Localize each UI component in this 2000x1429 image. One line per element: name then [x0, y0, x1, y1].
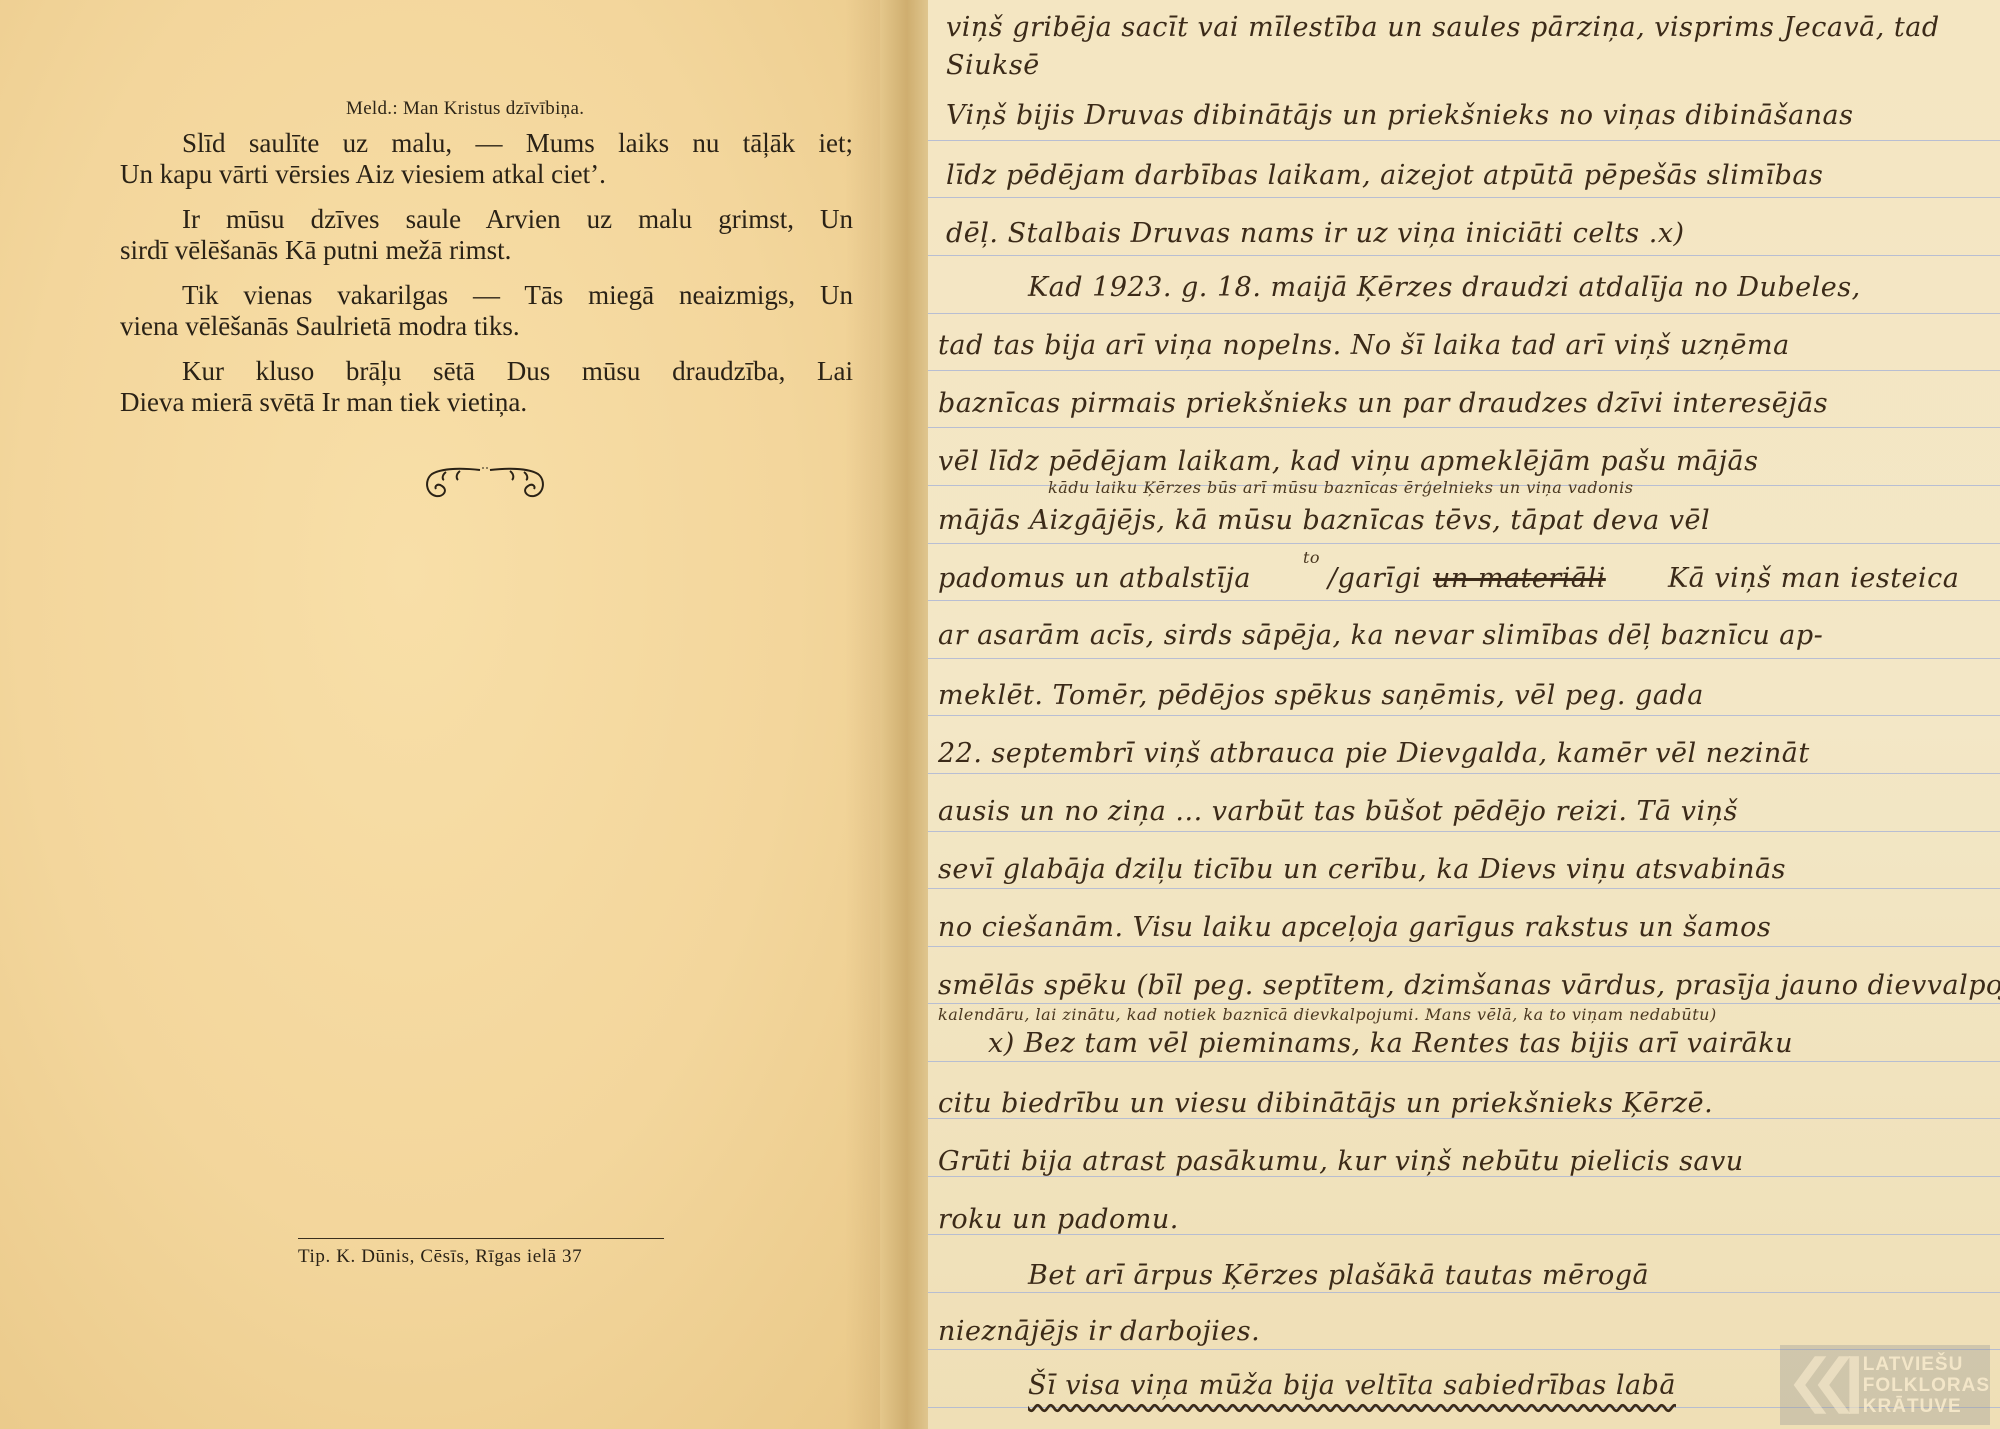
poem-line: Kur kluso brāļu sētā Dus mūsu draudzība,… — [120, 356, 853, 387]
handwritten-line: sevī glabāja dziļu ticību un cerību, ka … — [938, 854, 1786, 885]
hymn-poem: Slīd saulīte uz malu, — Mums laiks nu tā… — [120, 128, 853, 432]
ruled-line — [928, 255, 2000, 256]
handwritten-line: nieznājējs ir darbojies. — [938, 1316, 1260, 1347]
poem-line: sirdī vēlēšanās Kā putni mežā rimst. — [120, 235, 853, 266]
ruled-line — [928, 600, 2000, 601]
ruled-line — [928, 831, 2000, 832]
handwritten-line: Kad 1923. g. 18. maijā Ķērzes draudzi at… — [1028, 272, 1861, 303]
handwritten-line: Siuksē — [946, 50, 1040, 81]
handwritten-line: meklēt. Tomēr, pēdējos spēkus saņēmis, v… — [938, 680, 1704, 711]
ruled-line — [928, 1292, 2000, 1293]
stanza-2: Ir mūsu dzīves saule Arvien uz malu grim… — [120, 204, 853, 266]
ruled-line — [928, 1003, 2000, 1004]
poem-line: Un kapu vārti vērsies Aiz viesiem atkal … — [120, 159, 853, 190]
poem-line: Slīd saulīte uz malu, — Mums laiks nu tā… — [120, 128, 853, 159]
handwritten-line: smēlās spēku (bīl peg. septītem, dzimšan… — [938, 970, 2000, 1001]
poem-line: viena vēlēšanās Saulrietā modra tiks. — [120, 311, 853, 342]
ruled-line — [928, 313, 2000, 314]
handwritten-line: Grūti bija atrast pasākumu, kur viņš neb… — [938, 1146, 1744, 1177]
melody-line: Meld.: Man Kristus dzīvībiņa. — [346, 98, 584, 120]
printed-page: Meld.: Man Kristus dzīvībiņa. Slīd saulī… — [0, 0, 905, 1429]
book-spread: Meld.: Man Kristus dzīvībiņa. Slīd saulī… — [0, 0, 2000, 1429]
handwritten-line: ausis un no ziņa ... varbūt tas būšot pē… — [938, 796, 1738, 827]
handwritten-line: Kā viņš man iesteica — [1668, 563, 1959, 594]
ruled-line — [928, 197, 2000, 198]
ruled-line — [928, 946, 2000, 947]
handwritten-line: baznīcas pirmais priekšnieks un par drau… — [938, 388, 1828, 419]
handwritten-line: un materiāli — [1433, 563, 1606, 594]
stanza-1: Slīd saulīte uz malu, — Mums laiks nu tā… — [120, 128, 853, 190]
handwritten-line: no ciešanām. Visu laiku apceļoja garīgus… — [938, 912, 1771, 943]
ruled-line — [928, 370, 2000, 371]
ruled-line — [928, 658, 2000, 659]
watermark-text: LATVIEŠU FOLKLORAS KRĀTUVE — [1863, 1354, 1990, 1417]
handwritten-line: padomus un atbalstīja — [938, 563, 1251, 594]
handwritten-line: vēl līdz pēdējam laikam, kad viņu apmekl… — [938, 446, 1758, 477]
stanza-4: Kur kluso brāļu sētā Dus mūsu draudzība,… — [120, 356, 853, 418]
ruled-line — [928, 888, 2000, 889]
ruled-line — [928, 715, 2000, 716]
fleuron-ornament-icon — [422, 466, 548, 500]
handwritten-line: Šī visa viņa mūža bija veltīta sabiedrīb… — [1028, 1370, 1676, 1401]
imprint-divider — [298, 1238, 664, 1239]
handwritten-line: viņš gribēja sacīt vai mīlestība un saul… — [946, 12, 1940, 43]
handwritten-line: /garīgi — [1328, 563, 1421, 594]
poem-line: Dieva mierā svētā Ir man tiek vietiņa. — [120, 387, 853, 418]
handwritten-line: 22. septembrī viņš atbrauca pie Dievgald… — [938, 738, 1810, 769]
handwritten-line: dēļ. Stalbais Druvas nams ir uz viņa ini… — [946, 218, 1685, 249]
handwritten-notebook-page: viņš gribēja sacīt vai mīlestība un saul… — [928, 0, 2000, 1429]
handwritten-line: tad tas bija arī viņa nopelns. No šī lai… — [938, 330, 1790, 361]
archive-watermark: LATVIEŠU FOLKLORAS KRĀTUVE — [1780, 1345, 1990, 1425]
stanza-3: Tik vienas vakarilgas — Tās miegā neaizm… — [120, 280, 853, 342]
handwritten-line: citu biedrību un viesu dibinātājs un pri… — [938, 1088, 1713, 1119]
handwritten-line: x) Bez tam vēl pieminams, ka Rentes tas … — [988, 1028, 1793, 1059]
lfk-logo-icon — [1786, 1350, 1863, 1420]
poem-line: Tik vienas vakarilgas — Tās miegā neaizm… — [120, 280, 853, 311]
ruled-line — [928, 543, 2000, 544]
ruled-line — [928, 140, 2000, 141]
poem-line: Ir mūsu dzīves saule Arvien uz malu grim… — [120, 204, 853, 235]
handwritten-line: to — [1303, 548, 1320, 567]
ruled-line — [928, 427, 2000, 428]
handwritten-line: roku un padomu. — [938, 1204, 1179, 1235]
handwritten-line: Viņš bijis Druvas dibinātājs un priekšni… — [946, 100, 1854, 131]
handwritten-line: ar asarām acīs, sirds sāpēja, ka nevar s… — [938, 620, 1823, 651]
handwritten-line: līdz pēdējam darbības laikam, aizejot at… — [946, 160, 1823, 191]
ruled-line — [928, 773, 2000, 774]
handwritten-line: kalendāru, lai zinātu, kad notiek baznīc… — [938, 1005, 1717, 1024]
handwritten-line: Bet arī ārpus Ķērzes plašākā tautas mēro… — [1028, 1260, 1649, 1291]
handwritten-line: kādu laiku Ķērzes būs arī mūsu baznīcas … — [1048, 478, 1633, 497]
printer-imprint: Tip. K. Dūnis, Cēsīs, Rīgas ielā 37 — [298, 1246, 582, 1268]
ruled-line — [928, 1061, 2000, 1062]
handwritten-line: mājās Aizgājējs, kā mūsu baznīcas tēvs, … — [938, 505, 1710, 536]
